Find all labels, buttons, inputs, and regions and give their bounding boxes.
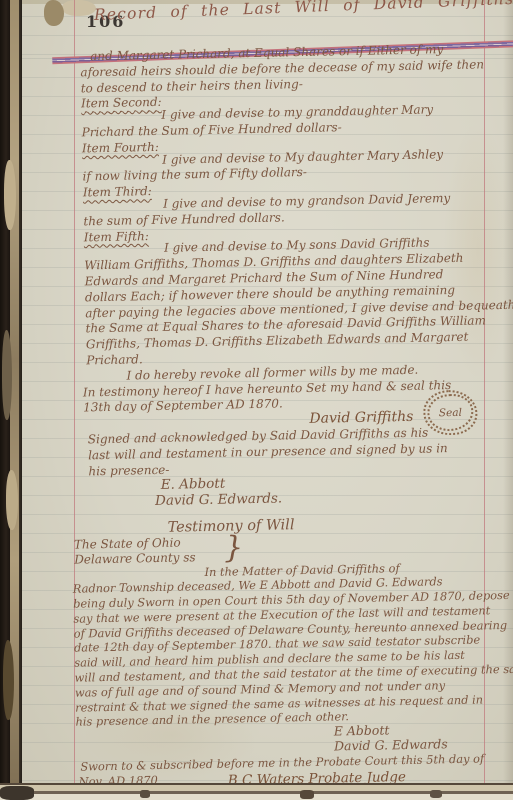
testimony-section: Testimony of Will The State of Ohio Dela… [31,512,513,783]
item-heading-label: Item Fifth: [84,229,149,244]
venue-brace: } [224,532,244,564]
item-heading-label: Item Third: [83,184,152,199]
bottom-edge-shadow [430,790,442,798]
torn-paper-fragment [44,0,64,26]
probate-record-book-scan: 106 Record of the Last Will of David Gri… [0,0,513,800]
torn-paper-fragment [3,640,14,720]
torn-paper-fragment [2,330,12,420]
ledger-page: 106 Record of the Last Will of David Gri… [22,0,513,783]
page-header-title: Record of the Last Will of David Griffit… [94,0,513,24]
item-heading-label: Item Fourth: [82,140,159,156]
seal-stamp: Seal [427,394,474,432]
seal-label: Seal [439,406,462,418]
handwritten-text-layer: and Margaret Prichard, at Equal Shares o… [22,40,513,783]
item-heading-label: Item Second: [81,95,162,111]
torn-paper-fragment [6,470,18,530]
torn-paper-fragment [4,160,16,230]
bottom-edge-shadow [0,786,34,800]
bottom-edge-shadow [140,790,150,798]
jurat-date: Nov. AD 1870 [79,773,158,783]
judge-signature: B C Waters Probate Judge [228,770,406,783]
bottom-edge-shadow [300,790,314,799]
